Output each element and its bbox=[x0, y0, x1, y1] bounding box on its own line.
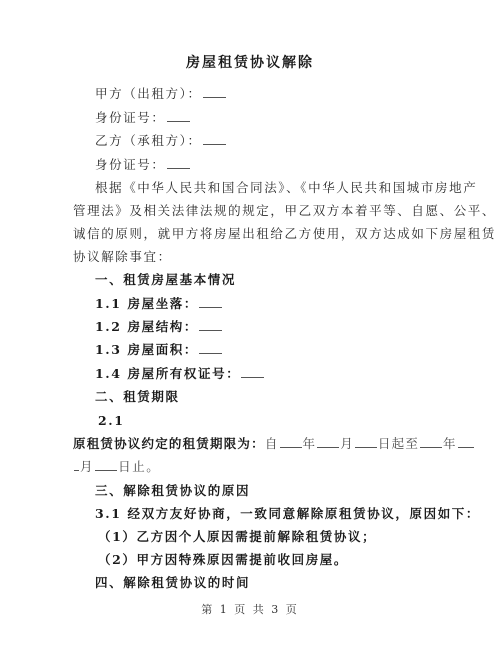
rental-period-line: 原租赁协议约定的租赁期限为：自年月日起至年 bbox=[73, 436, 475, 452]
section-3-heading: 三、解除租赁协议的原因 bbox=[95, 483, 250, 499]
section-2-item-number: 2.1 bbox=[98, 413, 125, 429]
year-text: 年 bbox=[303, 436, 317, 451]
section-2-heading: 二、租赁期限 bbox=[95, 389, 180, 405]
item-label: 房屋坐落： bbox=[128, 296, 199, 311]
start-day-blank bbox=[355, 437, 377, 448]
end-day-blank bbox=[95, 460, 117, 471]
item-blank bbox=[199, 320, 222, 331]
end-month-blank-part1 bbox=[458, 437, 474, 448]
day-end-text: 日止。 bbox=[118, 459, 160, 474]
reason-1: （1）乙方因个人原因需提前解除租赁协议； bbox=[98, 529, 376, 545]
item-number: 1.4 bbox=[95, 366, 122, 381]
party-b-id-blank bbox=[167, 158, 190, 169]
party-b-label: 乙方（承租方）： bbox=[95, 133, 202, 148]
month-text-2: 月 bbox=[80, 459, 94, 474]
party-a-id-blank bbox=[167, 111, 190, 122]
party-b-id-label: 身份证号： bbox=[95, 157, 166, 172]
document-title: 房屋租赁协议解除 bbox=[0, 52, 500, 72]
section-1-item-4: 1.4 房屋所有权证号： bbox=[95, 366, 265, 382]
day-from-text: 日起至 bbox=[378, 436, 419, 451]
reason-2: （2）甲方因特殊原因需提前收回房屋。 bbox=[98, 552, 348, 568]
item-label: 房屋结构： bbox=[128, 319, 199, 334]
preamble-line-4: 协议解除事宜： bbox=[73, 249, 172, 265]
item-number: 1.1 bbox=[95, 296, 122, 311]
from-text: 自 bbox=[265, 436, 279, 451]
rental-period-label: 原租赁协议约定的租赁期限为： bbox=[73, 436, 265, 451]
year-text-2: 年 bbox=[443, 436, 457, 451]
section-1-item-2: 1.2 房屋结构： bbox=[95, 319, 223, 335]
preamble-line-1: 根据《中华人民共和国合同法》、《中华人民共和国城市房地产 bbox=[95, 180, 477, 196]
party-b-line: 乙方（承租方）： bbox=[95, 133, 227, 149]
end-month-blank-part2 bbox=[74, 460, 79, 471]
item-blank bbox=[241, 367, 264, 378]
section-1-heading: 一、租赁房屋基本情况 bbox=[95, 272, 236, 288]
party-a-line: 甲方（出租方）： bbox=[95, 86, 227, 102]
item-label: 房屋面积： bbox=[128, 342, 199, 357]
page-number-footer: 第 1 页 共 3 页 bbox=[0, 601, 500, 617]
section-4-heading: 四、解除租赁协议的时间 bbox=[95, 575, 250, 591]
section-1-item-3: 1.3 房屋面积： bbox=[95, 342, 223, 358]
item-blank bbox=[199, 343, 222, 354]
party-a-blank bbox=[203, 87, 226, 98]
item-label: 房屋所有权证号： bbox=[128, 366, 241, 381]
item-number: 1.3 bbox=[95, 342, 122, 357]
party-b-id-line: 身份证号： bbox=[95, 157, 191, 173]
party-a-id-label: 身份证号： bbox=[95, 110, 166, 125]
preamble-line-3: 诚信的原则，就甲方将房屋出租给乙方使用，双方达成如下房屋租赁 bbox=[73, 226, 496, 242]
party-b-blank bbox=[203, 134, 226, 145]
party-a-label: 甲方（出租方）： bbox=[95, 86, 202, 101]
start-year-blank bbox=[280, 437, 302, 448]
section-3-item-1: 3.1 经双方友好协商，一致同意解除原租赁协议，原因如下： bbox=[95, 506, 480, 522]
item-number: 1.2 bbox=[95, 319, 122, 334]
party-a-id-line: 身份证号： bbox=[95, 110, 191, 126]
month-text: 月 bbox=[340, 436, 354, 451]
preamble-line-2: 管理法》及相关法律法规的规定，甲乙双方本着平等、自愿、公平、 bbox=[73, 203, 496, 219]
end-year-blank bbox=[420, 437, 442, 448]
rental-period-line-2: 月日止。 bbox=[73, 459, 160, 475]
document-page: 房屋租赁协议解除 甲方（出租方）： 身份证号： 乙方（承租方）： 身份证号： 根… bbox=[0, 0, 500, 647]
start-month-blank bbox=[317, 437, 339, 448]
item-blank bbox=[199, 297, 222, 308]
section-1-item-1: 1.1 房屋坐落： bbox=[95, 296, 223, 312]
